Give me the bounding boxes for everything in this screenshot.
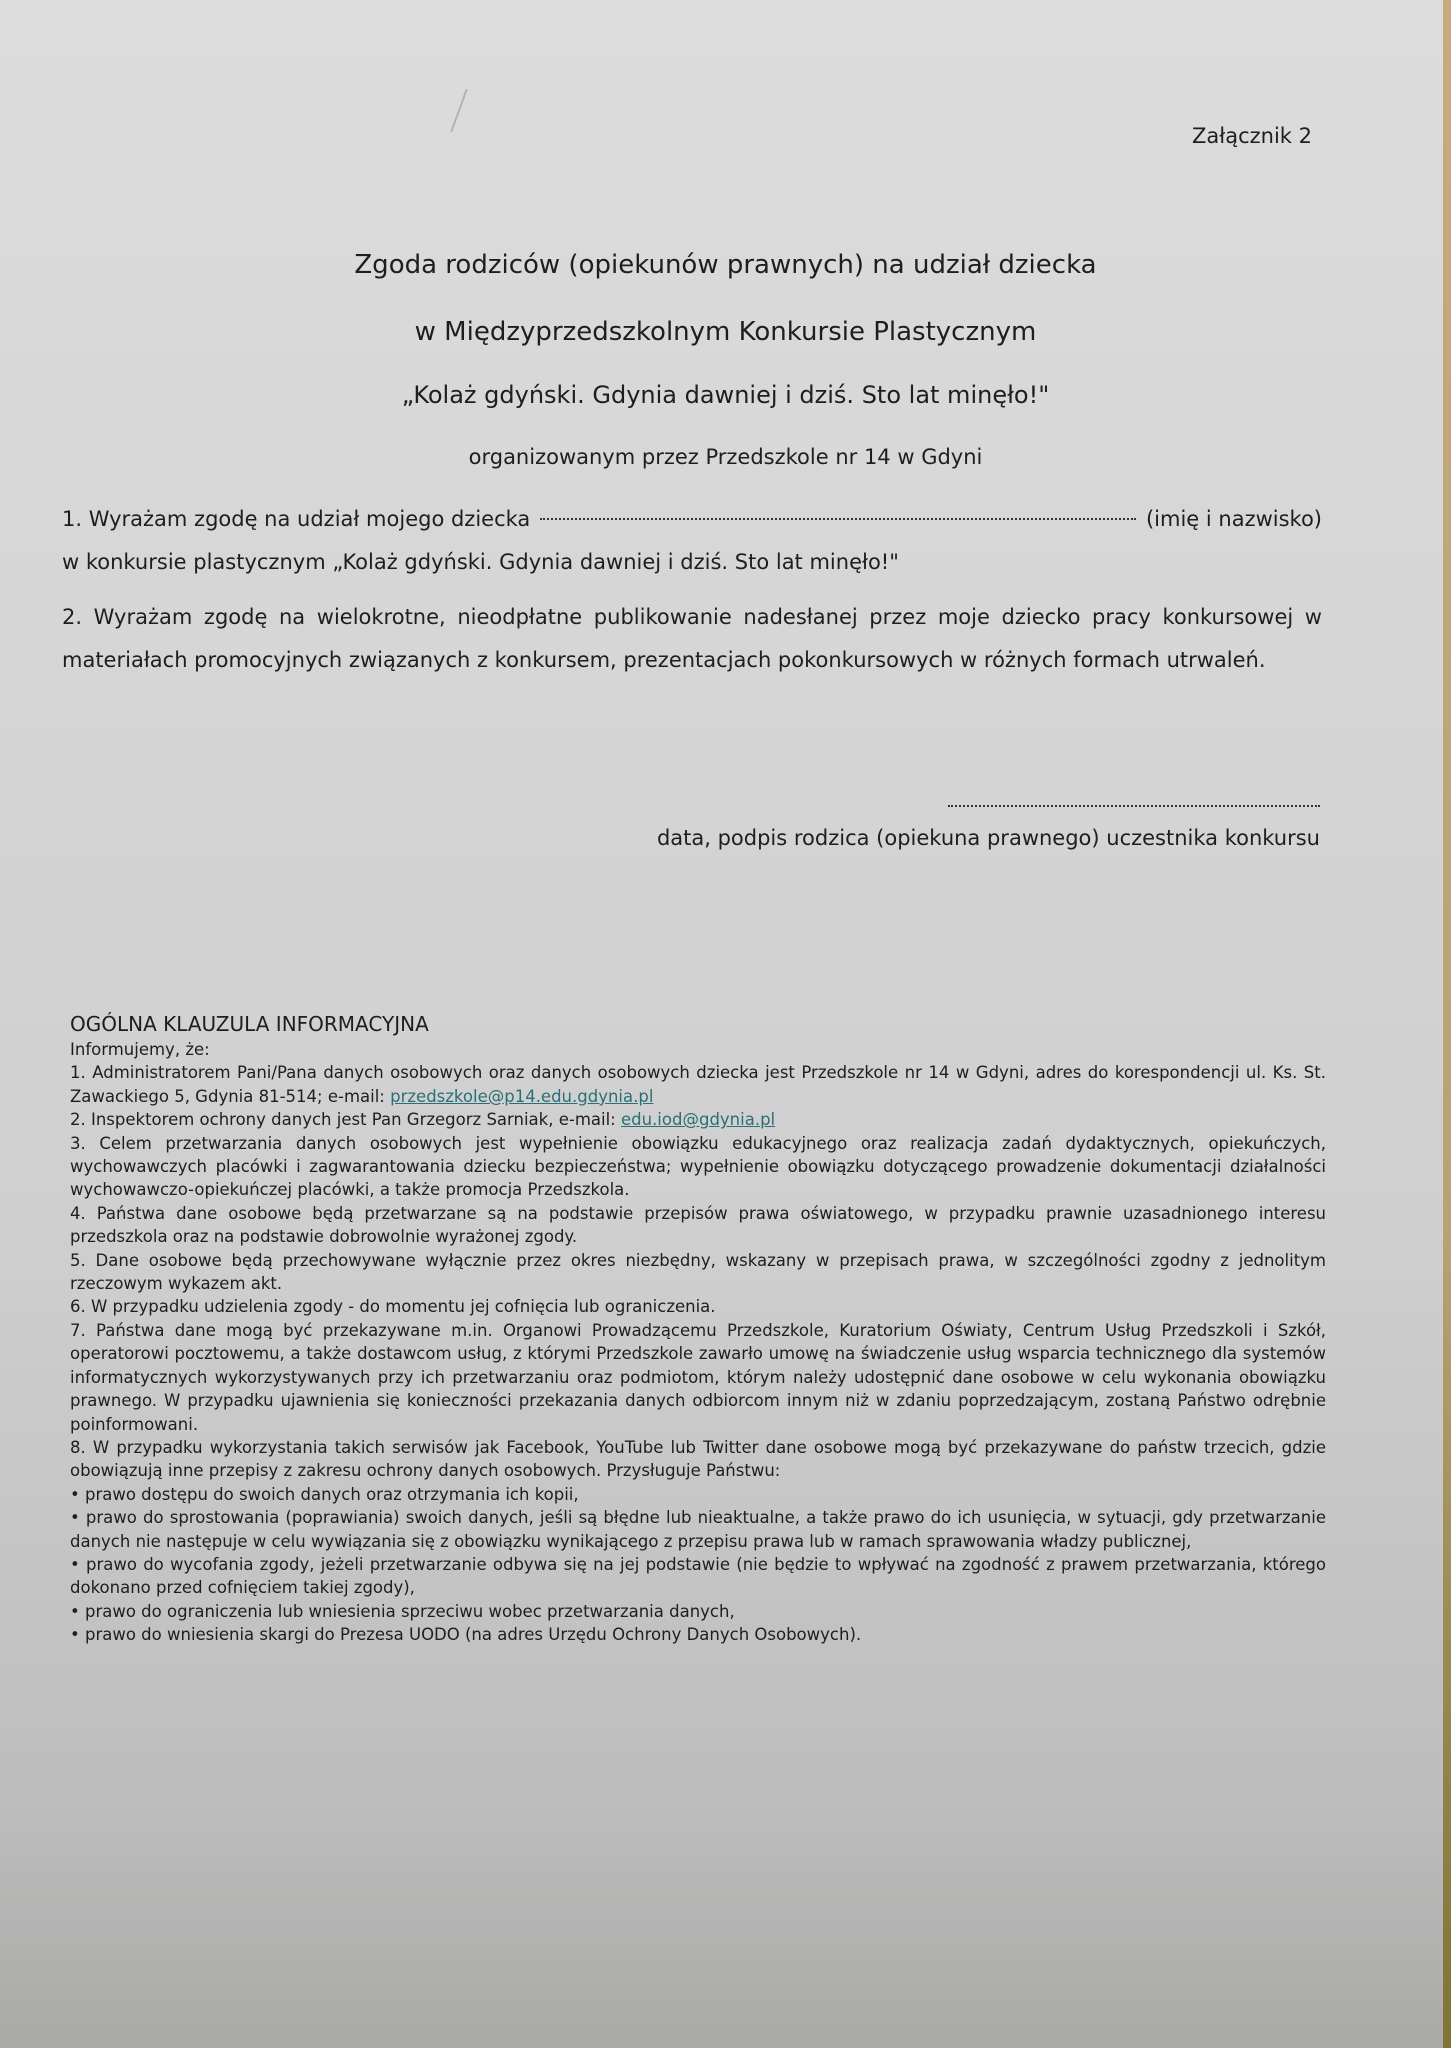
right-access: • prawo dostępu do swoich danych oraz ot… — [70, 1483, 1326, 1506]
annex-label: Załącznik 2 — [1192, 124, 1312, 148]
clause-item-6: 6. W przypadku udzielenia zgody - do mom… — [70, 1295, 1326, 1318]
right-complaint: • prawo do wniesienia skargi do Prezesa … — [70, 1623, 1326, 1646]
information-clause: OGÓLNA KLAUZULA INFORMACYJNA Informujemy… — [70, 1010, 1326, 1647]
clause-item-4: 4. Państwa dane osobowe będą przetwarzan… — [70, 1202, 1326, 1249]
document-subtitle: w Międzyprzedszkolnym Konkursie Plastycz… — [0, 317, 1451, 347]
paper-scratch — [450, 89, 467, 132]
clause-item-8: 8. W przypadku wykorzystania takich serw… — [70, 1436, 1326, 1483]
consent-1-lead: 1. Wyrażam zgodę na udział mojego dzieck… — [62, 498, 530, 541]
background-edge — [1443, 0, 1451, 2048]
right-restriction: • prawo do ograniczenia lub wniesienia s… — [70, 1600, 1326, 1623]
clause-item-2: 2. Inspektorem ochrony danych jest Pan G… — [70, 1108, 1326, 1131]
clause-intro: Informujemy, że: — [70, 1038, 1326, 1061]
clause-heading: OGÓLNA KLAUZULA INFORMACYJNA — [70, 1010, 1326, 1038]
clause-item-3: 3. Celem przetwarzania danych osobowych … — [70, 1132, 1326, 1202]
right-withdraw-consent: • prawo do wycofania zgody, jeżeli przet… — [70, 1553, 1326, 1600]
school-email-link[interactable]: przedszkole@p14.edu.gdynia.pl — [390, 1087, 653, 1106]
consent-1-continuation: w konkursie plastycznym „Kolaż gdyński. … — [62, 541, 1322, 584]
signature-field[interactable] — [948, 805, 1320, 807]
signature-label: data, podpis rodzica (opiekuna prawnego)… — [640, 826, 1320, 850]
iod-email-link[interactable]: edu.iod@gdynia.pl — [621, 1110, 775, 1129]
clause-item-5: 5. Dane osobowe będą przechowywane wyłąc… — [70, 1249, 1326, 1296]
child-name-hint: (imię i nazwisko) — [1146, 498, 1322, 541]
paper-sheet: Załącznik 2 Zgoda rodziców (opiekunów pr… — [0, 0, 1443, 2048]
document-title: Zgoda rodziców (opiekunów prawnych) na u… — [0, 250, 1451, 280]
clause-item-7: 7. Państwa dane mogą być przekazywane m.… — [70, 1319, 1326, 1436]
organizer-line: organizowanym przez Przedszkole nr 14 w … — [0, 445, 1451, 469]
right-rectification: • prawo do sprostowania (poprawiania) sw… — [70, 1506, 1326, 1553]
child-name-field[interactable] — [540, 518, 1136, 520]
clause-item-1: 1. Administratorem Pani/Pana danych osob… — [70, 1061, 1326, 1108]
consent-publication: 2. Wyrażam zgodę na wielokrotne, nieodpł… — [62, 596, 1322, 682]
consent-participation: 1. Wyrażam zgodę na udział mojego dzieck… — [62, 498, 1322, 584]
contest-name: „Kolaż gdyński. Gdynia dawniej i dziś. S… — [0, 381, 1451, 409]
